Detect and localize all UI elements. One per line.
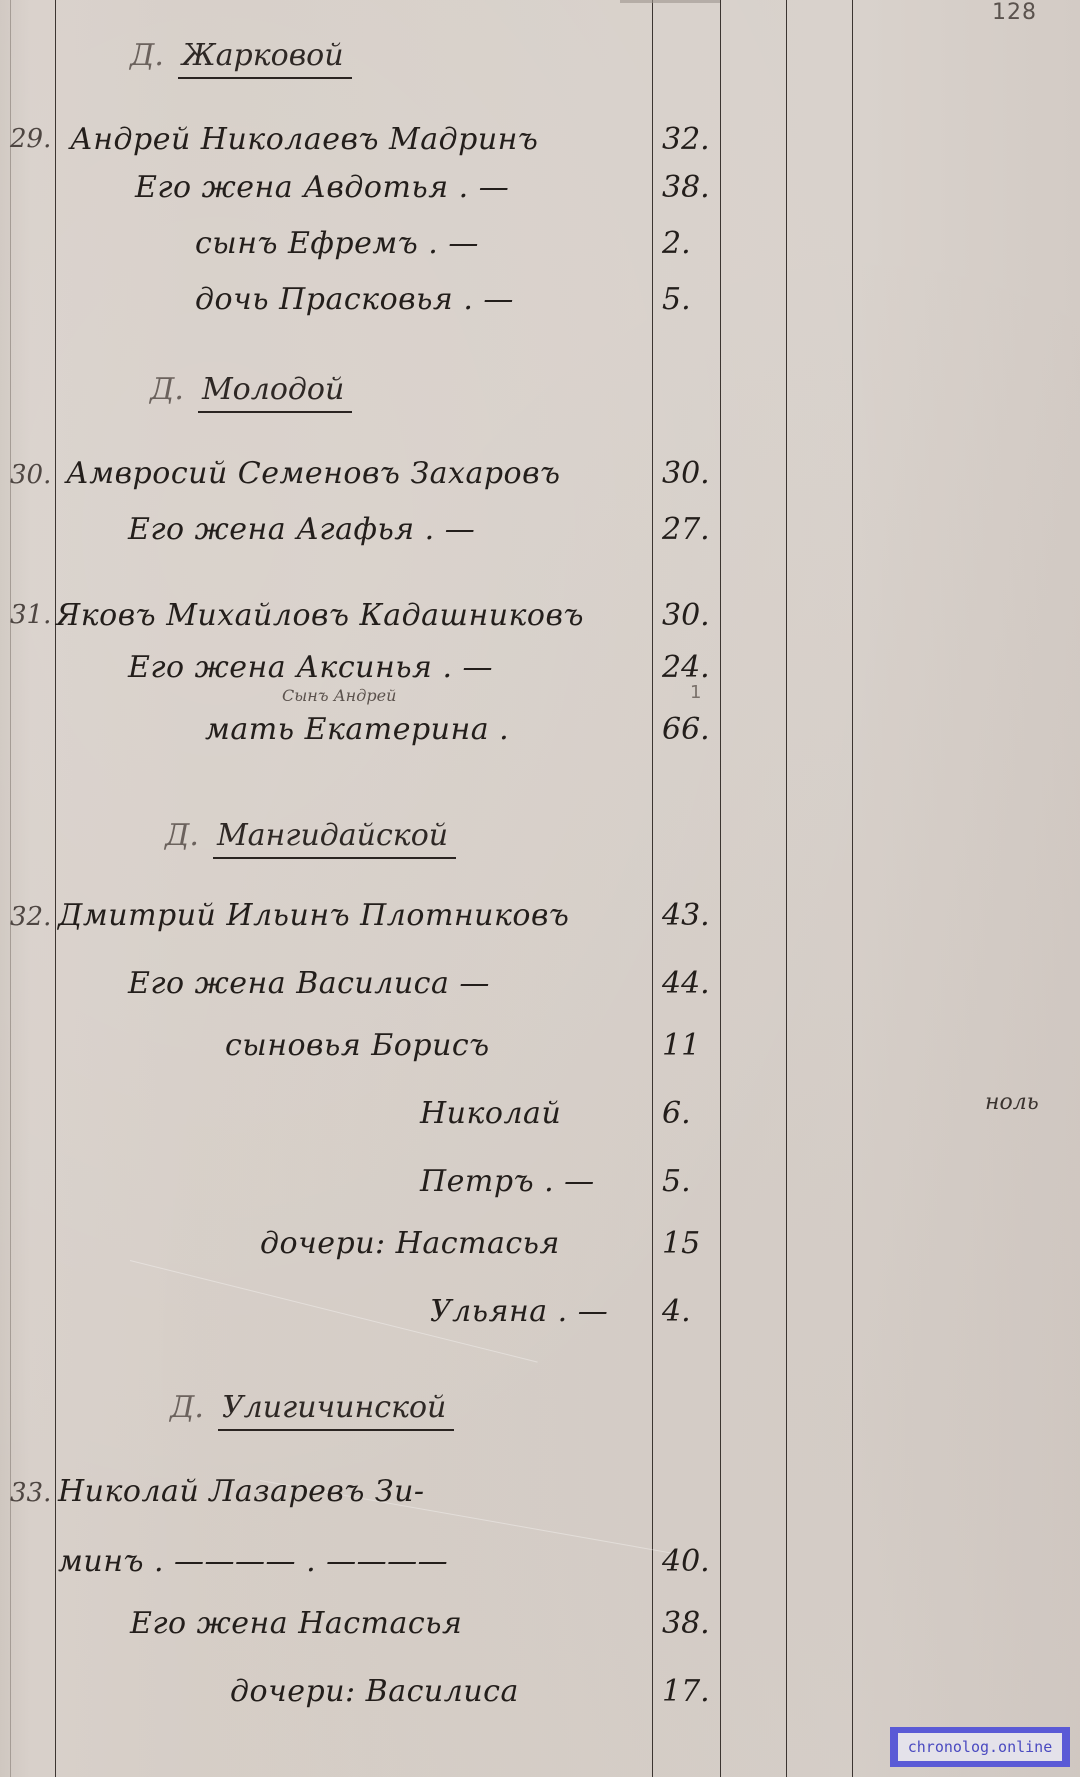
village-heading: Д.Жарковой <box>130 38 352 73</box>
margin-scribble: ноль <box>985 1090 1039 1115</box>
age-value: 38. <box>662 1606 722 1641</box>
age-value: 66. <box>662 712 722 747</box>
age-value: 27. <box>662 512 722 547</box>
age-column-line-right <box>720 0 721 1777</box>
marginal-annotation: Сынъ Андрей <box>282 686 396 705</box>
document-page: 128 Д.Жарковой 29. Андрей Николаевъ Мадр… <box>0 0 1080 1777</box>
age-value: 32. <box>662 122 722 157</box>
village-name: Молодой <box>198 372 352 413</box>
top-shadow <box>620 0 720 3</box>
household-head: Андрей Николаевъ Мадринъ <box>70 122 538 157</box>
age-value: 40. <box>662 1544 722 1579</box>
age-value: 4. <box>662 1294 722 1329</box>
pencil-mark: 1 <box>690 682 701 703</box>
household-head-continued: минъ . ———— . ———— <box>58 1544 448 1579</box>
household-member: сынъ Ефремъ . — <box>195 226 479 261</box>
watermark-badge: chronolog.online <box>890 1727 1070 1767</box>
household-member: Его жена Настасья <box>130 1606 462 1641</box>
village-heading: Д.Мангидайской <box>165 818 456 853</box>
village-prefix: Д. <box>150 372 184 407</box>
age-value: 6. <box>662 1096 722 1131</box>
household-member: Ульяна . — <box>430 1294 608 1329</box>
village-heading: Д.Улигичинской <box>170 1390 454 1425</box>
village-prefix: Д. <box>130 38 164 73</box>
page-edge-line <box>10 0 11 1777</box>
household-number: 29. <box>10 124 54 154</box>
household-member: дочери: Настасья <box>260 1226 560 1261</box>
page-number: 128 <box>992 0 1037 25</box>
household-head: Яковъ Михайловъ Кадашниковъ <box>56 598 584 633</box>
column-line-3 <box>786 0 787 1777</box>
village-prefix: Д. <box>170 1390 204 1425</box>
village-name: Жарковой <box>178 38 352 79</box>
village-prefix: Д. <box>165 818 199 853</box>
household-head: Николай Лазаревъ Зи- <box>58 1474 425 1509</box>
age-value: 5. <box>662 1164 722 1199</box>
household-number: 31. <box>10 600 54 630</box>
age-value: 30. <box>662 598 722 633</box>
age-value: 44. <box>662 966 722 1001</box>
household-member: Николай <box>420 1096 561 1131</box>
age-value: 17. <box>662 1674 722 1709</box>
village-name: Мангидайской <box>213 818 456 859</box>
household-member: Его жена Василиса — <box>128 966 490 1001</box>
household-head: Амвросий Семеновъ Захаровъ <box>66 456 561 491</box>
column-line-4 <box>852 0 853 1777</box>
household-member: дочь Прасковья . — <box>195 282 514 317</box>
age-value: 15 <box>662 1226 722 1261</box>
household-head: Дмитрий Ильинъ Плотниковъ <box>58 898 569 933</box>
household-number: 30. <box>10 460 54 490</box>
age-column-line-left <box>652 0 653 1777</box>
age-value: 5. <box>662 282 722 317</box>
village-heading: Д.Молодой <box>150 372 352 407</box>
age-value: 2. <box>662 226 722 261</box>
village-name: Улигичинской <box>218 1390 454 1431</box>
household-member: дочери: Василиса <box>230 1674 519 1709</box>
age-value: 38. <box>662 170 722 205</box>
household-member: Петръ . — <box>420 1164 595 1199</box>
age-value: 30. <box>662 456 722 491</box>
household-member: мать Екатерина . <box>205 712 509 747</box>
age-value: 43. <box>662 898 722 933</box>
household-member: Его жена Агафья . — <box>128 512 475 547</box>
household-member: сыновья Борисъ <box>225 1028 490 1063</box>
household-member: Его жена Авдотья . — <box>135 170 509 205</box>
age-value: 24. <box>662 650 722 685</box>
left-margin-line <box>55 0 56 1777</box>
household-number: 32. <box>10 902 54 932</box>
household-member: Его жена Аксинья . — <box>128 650 493 685</box>
watermark-text: chronolog.online <box>898 1733 1062 1761</box>
age-value: 11 <box>662 1028 722 1063</box>
household-number: 33. <box>10 1478 54 1508</box>
